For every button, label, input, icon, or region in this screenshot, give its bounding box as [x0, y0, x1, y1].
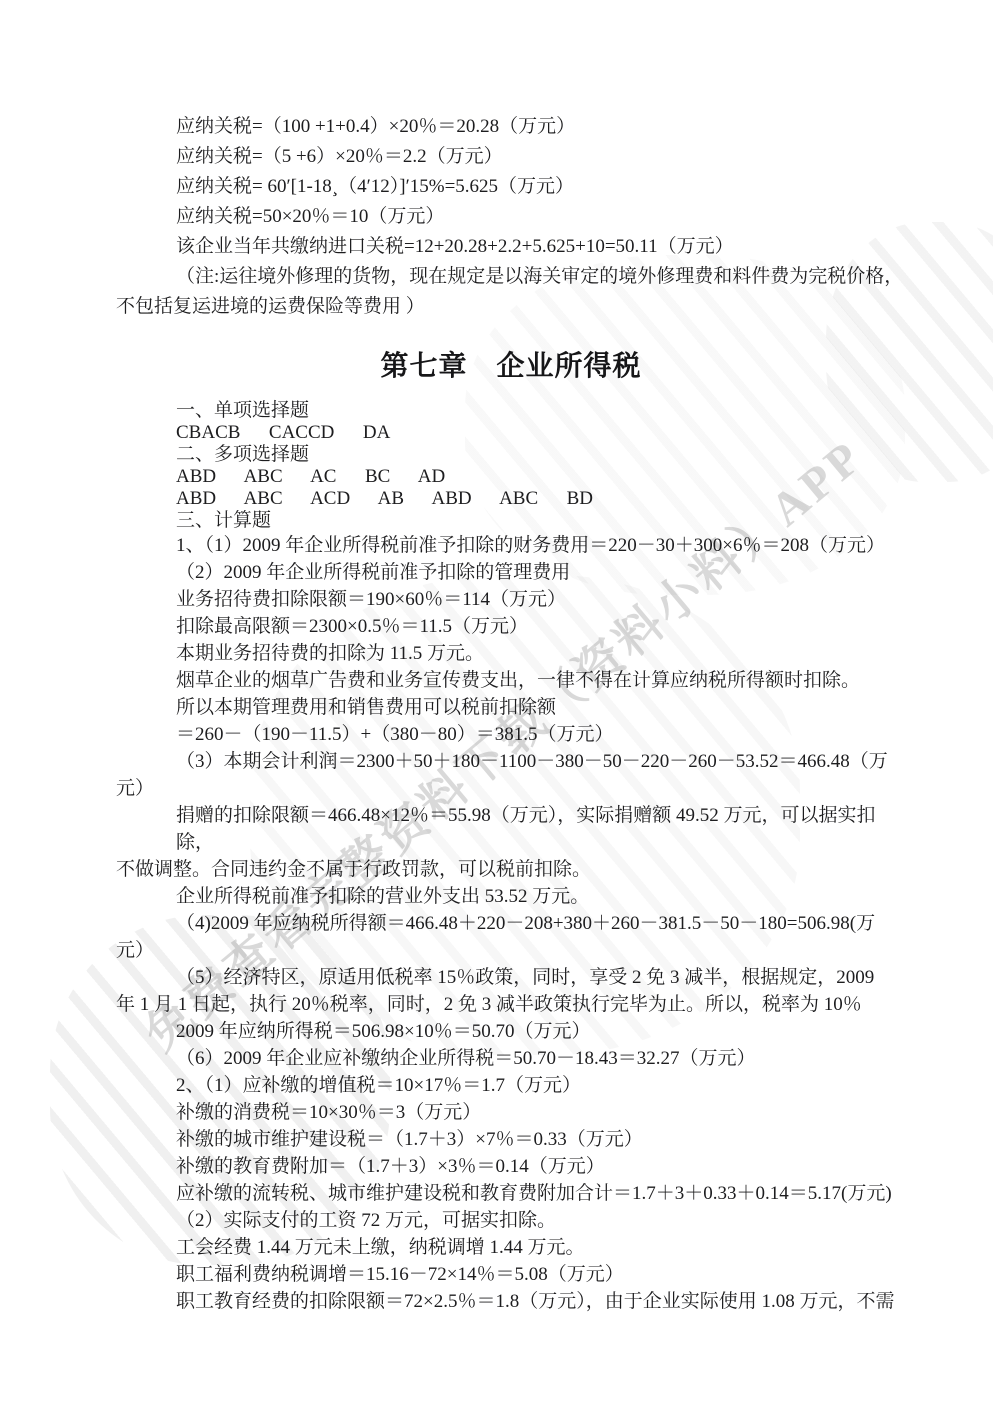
text-line: 应纳关税=（5 +6）×20％＝2.2（万元） [116, 142, 906, 172]
text-line: 补缴的消费税＝10×30％＝3（万元） [116, 1099, 906, 1126]
text-line: 应补缴的流转税、城市维护建设税和教育费附加合计＝1.7＋3＋0.33＋0.14＝… [116, 1180, 906, 1207]
text-line: （5）经济特区，原适用低税率 15％政策，同时，享受 2 免 3 减半，根据规定… [116, 964, 906, 991]
text-line: （2）2009 年企业所得税前准予扣除的管理费用 [116, 559, 906, 586]
answer-letters-line: ABD ABC ACD AB ABD ABC BD [116, 488, 906, 510]
text-line: ＝260－（190－11.5）+（380－80）＝381.5（万元） [116, 721, 906, 748]
text-line: 年 1 月 1 日起，执行 20％税率，同时，2 免 3 减半政策执行完毕为止。… [116, 991, 906, 1018]
calculation-answers-section: 1、（1）2009 年企业所得税前准予扣除的财务费用＝220－30＋300×6％… [116, 532, 906, 1315]
text-line: 2、（1）应补缴的增值税＝10×17％＝1.7（万元） [116, 1072, 906, 1099]
section-heading: 一、单项选择题 [116, 400, 906, 422]
text-line: （4)2009 年应纳税所得额＝466.48＋220－208+380＋260－3… [116, 910, 906, 937]
text-line: 扣除最高限额＝2300×0.5％＝11.5（万元） [116, 613, 906, 640]
text-line: （2）实际支付的工资 72 万元，可据实扣除。 [116, 1207, 906, 1234]
text-line: 补缴的教育费附加＝（1.7＋3）×3％＝0.14（万元） [116, 1153, 906, 1180]
document-page: 免费查看完整资料下载（资料小料）APP 应纳关税=（100 +1+0.4）×20… [0, 0, 993, 1404]
text-line: 工会经费 1.44 万元未上缴，纳税调增 1.44 万元。 [116, 1234, 906, 1261]
text-line: 应纳关税=（100 +1+0.4）×20％＝20.28（万元） [116, 112, 906, 142]
section-heading: 三、计算题 [116, 510, 906, 532]
text-line: 该企业当年共缴纳进口关税=12+20.28+2.2+5.625+10=50.11… [116, 232, 906, 262]
text-line: 捐赠的扣除限额＝466.48×12％＝55.98（万元），实际捐赠额 49.52… [116, 802, 906, 856]
text-line: 业务招待费扣除限额＝190×60％＝114（万元） [116, 586, 906, 613]
text-line: 职工福利费纳税调增＝15.16－72×14％＝5.08（万元） [116, 1261, 906, 1288]
text-line: （6）2009 年企业应补缴纳企业所得税＝50.70－18.43＝32.27（万… [116, 1045, 906, 1072]
text-line: 职工教育经费的扣除限额＝72×2.5％＝1.8（万元），由于企业实际使用 1.0… [116, 1288, 906, 1315]
text-line: 企业所得税前准予扣除的营业外支出 53.52 万元。 [116, 883, 906, 910]
page-content: 应纳关税=（100 +1+0.4）×20％＝20.28（万元） 应纳关税=（5 … [0, 112, 906, 1315]
answer-letters-line: CBACB CACCD DA [116, 422, 906, 444]
text-line: 应纳关税= 60′[1-18¸（4′12）]′15%=5.625（万元） [116, 172, 906, 202]
text-line: 1、（1）2009 年企业所得税前准予扣除的财务费用＝220－30＋300×6％… [116, 532, 906, 559]
text-line: 不做调整。合同违约金不属于行政罚款，可以税前扣除。 [116, 856, 906, 883]
text-line: 不包括复运进境的运费保险等费用 ） [116, 292, 906, 322]
text-line: （3）本期会计利润＝2300＋50＋180－1100－380－50－220－26… [116, 748, 906, 775]
text-line: 所以本期管理费用和销售费用可以税前扣除额 [116, 694, 906, 721]
text-line: 补缴的城市维护建设税＝（1.7＋3）×7％＝0.33（万元） [116, 1126, 906, 1153]
text-line: 元） [116, 937, 906, 964]
text-line: 元） [116, 775, 906, 802]
text-line: 应纳关税=50×20％＝10（万元） [116, 202, 906, 232]
text-line: 本期业务招待费的扣除为 11.5 万元。 [116, 640, 906, 667]
choice-answers-section: 一、单项选择题 CBACB CACCD DA 二、多项选择题 ABD ABC A… [116, 400, 906, 532]
answer-letters-line: ABD ABC AC BC AD [116, 466, 906, 488]
text-line: （注:运往境外修理的货物，现在规定是以海关审定的境外修理费和料件费为完税价格， [116, 262, 906, 292]
text-line: 烟草企业的烟草广告费和业务宣传费支出，一律不得在计算应纳税所得额时扣除。 [116, 667, 906, 694]
previous-chapter-answers: 应纳关税=（100 +1+0.4）×20％＝20.28（万元） 应纳关税=（5 … [116, 112, 906, 322]
section-heading: 二、多项选择题 [116, 444, 906, 466]
text-line: 2009 年应纳所得税＝506.98×10％＝50.70（万元） [116, 1018, 906, 1045]
chapter-title: 第七章 企业所得税 [116, 348, 906, 386]
